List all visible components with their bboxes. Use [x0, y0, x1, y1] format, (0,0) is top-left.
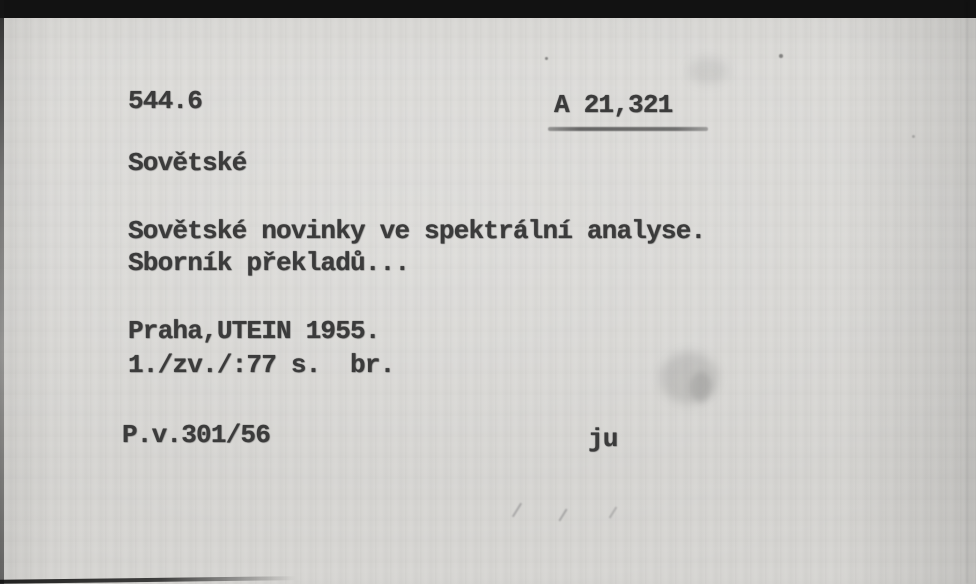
- title-line-2: Sborník překladů...: [128, 248, 409, 278]
- typewritten-text-layer: 544.6 A 21,321 Sovětské Sovětské novinky…: [0, 0, 976, 584]
- catalog-card-scan: 544.6 A 21,321 Sovětské Sovětské novinky…: [0, 0, 976, 584]
- shelf-mark: A 21,321: [554, 90, 672, 120]
- title-line-1: Sovětské novinky ve spektrální analyse.: [128, 216, 705, 246]
- paper-speck: [545, 57, 548, 60]
- accession-number: P.v.301/56: [122, 420, 270, 450]
- scan-edge-top: [0, 0, 976, 18]
- collation-line: 1./zv./:77 s. br.: [128, 350, 394, 380]
- paper-crease-right: [966, 0, 968, 584]
- paper-speck: [779, 54, 783, 58]
- imprint-line: Praha,UTEIN 1955.: [128, 316, 380, 346]
- cataloguer-initials: ju: [588, 424, 618, 454]
- author-heading: Sovětské: [128, 148, 246, 178]
- shelf-mark-underline: [548, 127, 708, 131]
- call-number: 544.6: [128, 86, 202, 116]
- scan-edge-left: [0, 0, 4, 584]
- paper-speck: [912, 135, 915, 138]
